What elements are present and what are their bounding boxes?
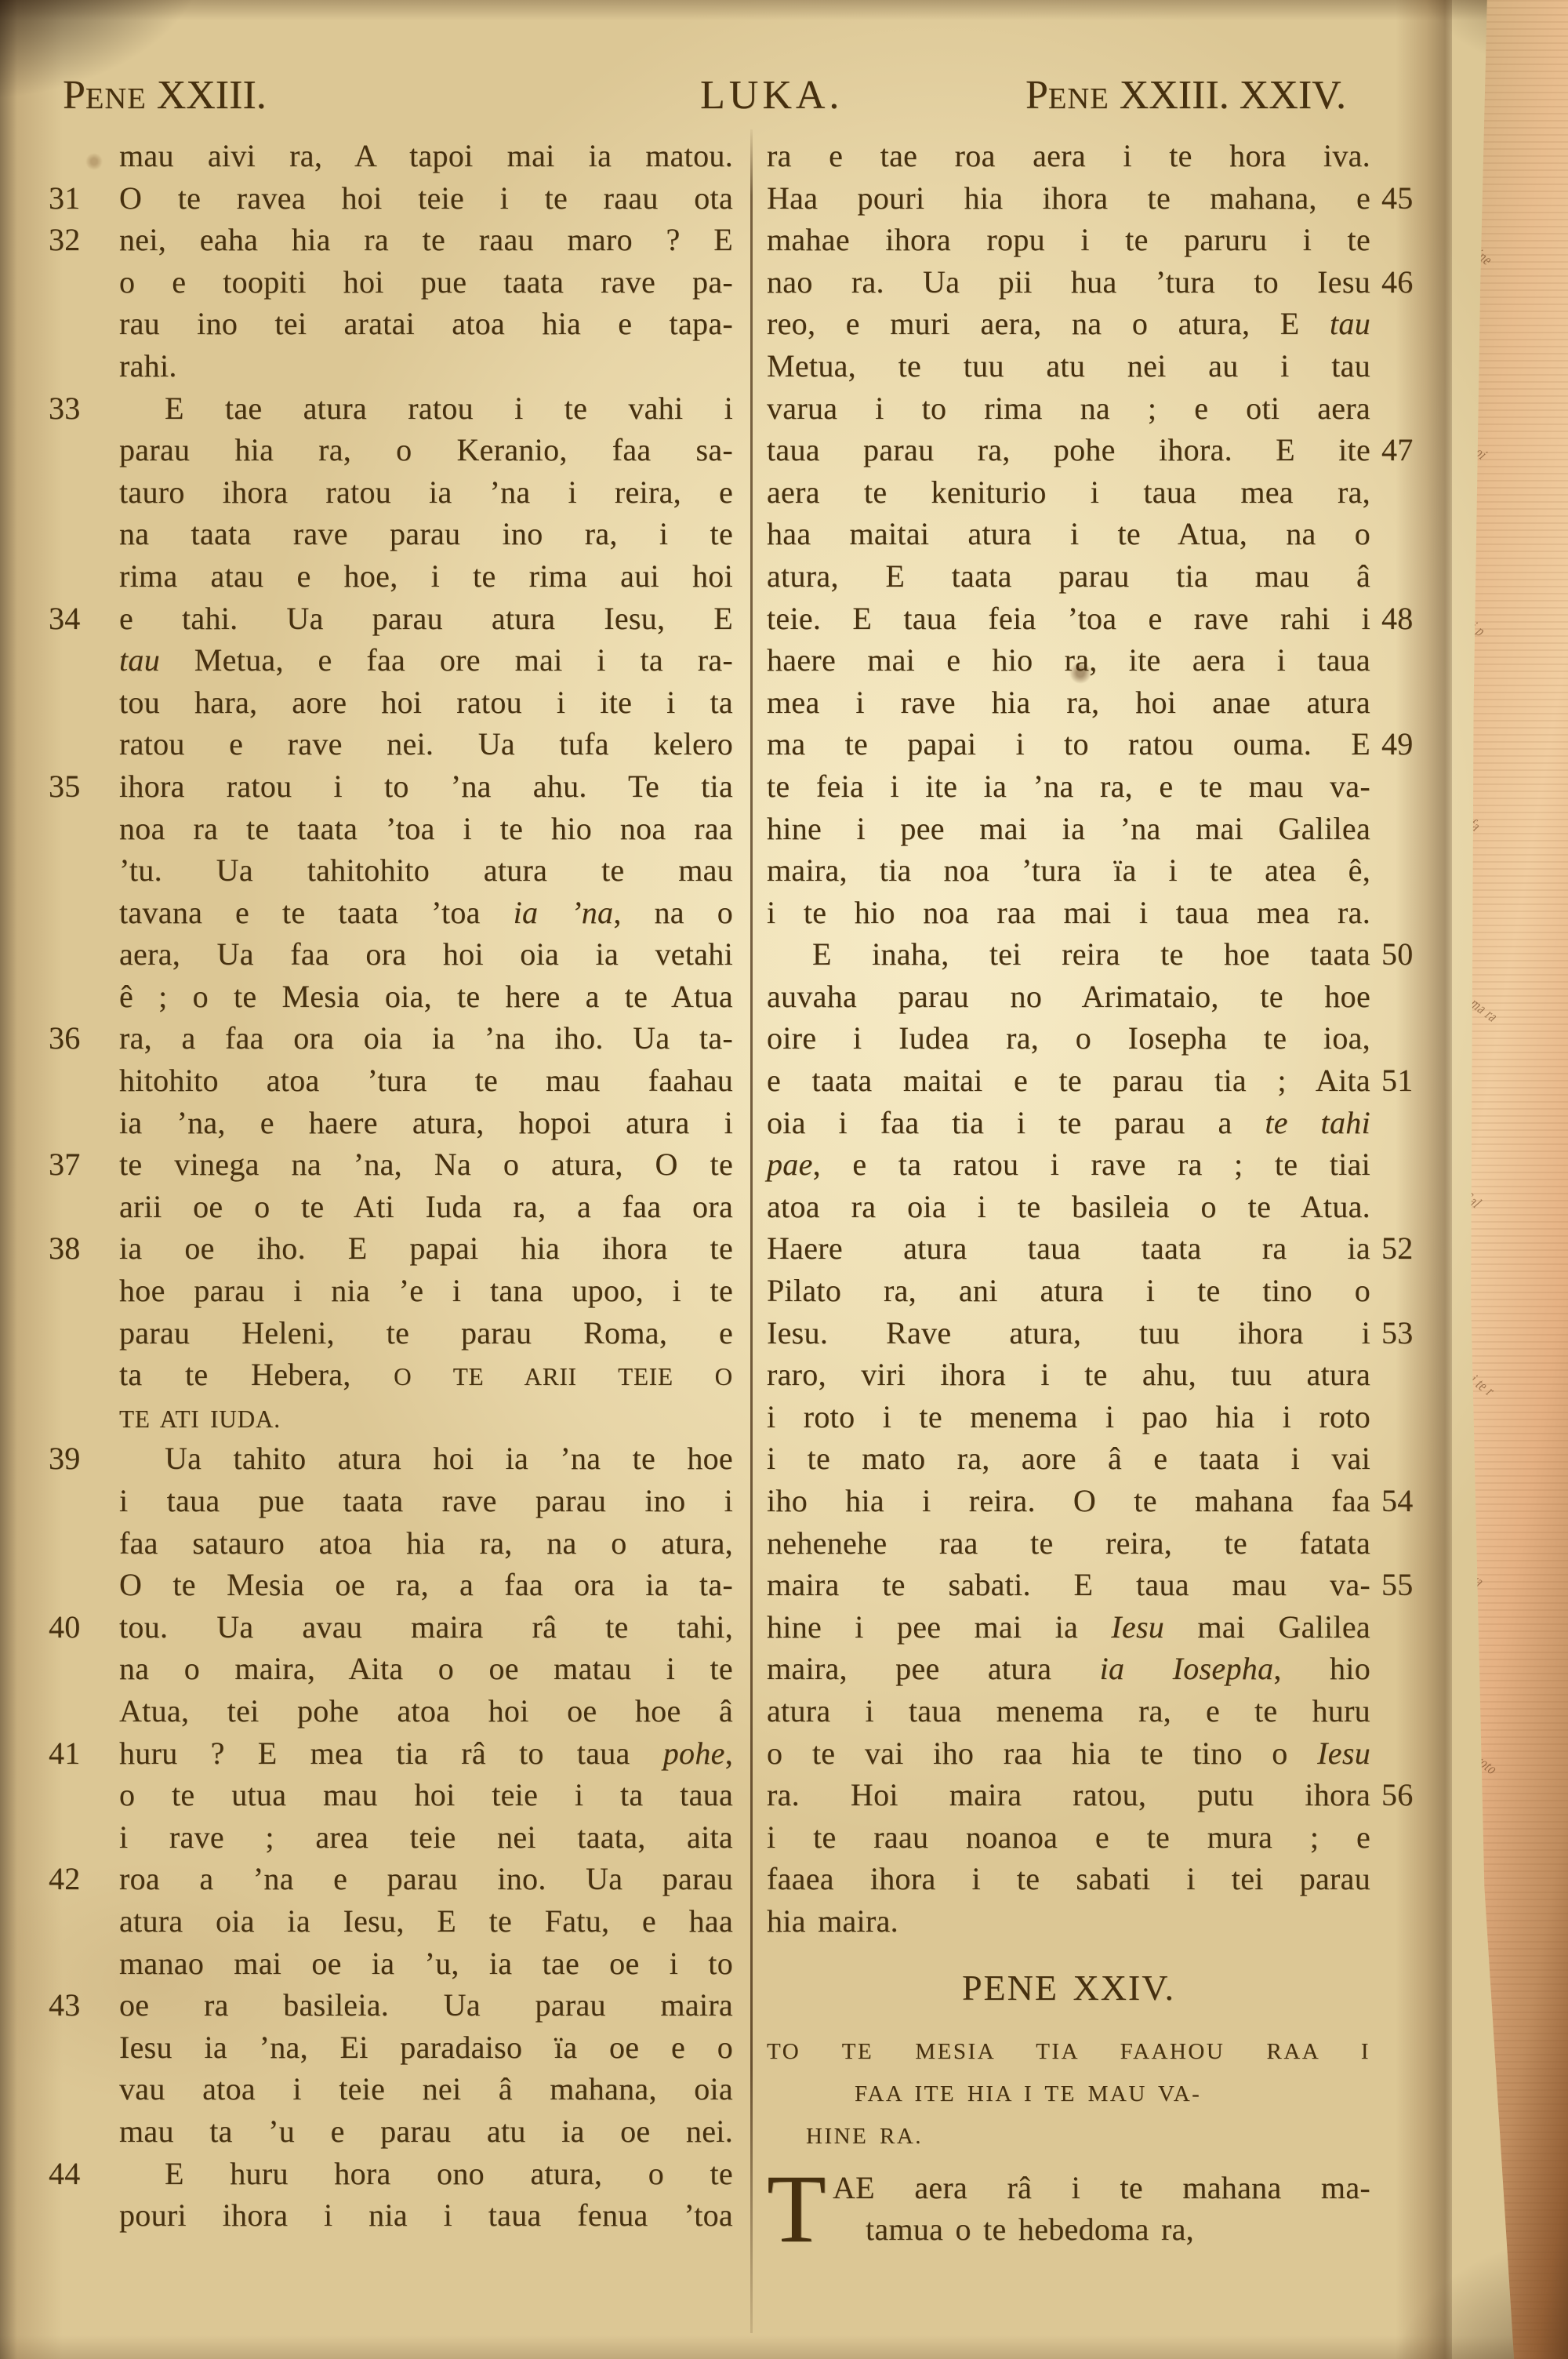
verse-line: ta te Hebera, O TE ARII TEIE O [119,1354,733,1396]
verse-line: vau atoa i teie nei â mahana, oia [119,2068,733,2110]
italic-text: tau [1330,306,1370,341]
adjacent-page-text-fragment: poipoi [1451,431,1492,463]
verse-line: tau Metua, e faa ore mai i ta ra- [119,639,733,682]
verse-line: atoa ra oia i te basileia o te Atua. [767,1186,1370,1228]
verse-line: 45Haa pouri hia ihora te mahana, e [767,177,1370,220]
verse-number: 31 [49,177,105,220]
verse-number: 34 [49,598,105,640]
verse-line: hine i pee mai ia ’na mai Galilea [767,808,1370,850]
verse-line: hine i pee mai ia Iesu mai Galilea [767,1606,1370,1648]
verse-line: manao mai oe ia ’u, ia tae oe i to [119,1943,733,1985]
verse-line: na o maira, Aita o oe matau i te [119,1648,733,1690]
italic-text: ia ’na [514,895,614,930]
verse-line: 32nei, eaha hia ra te raau maro ? E [119,219,733,261]
verse-number: 35 [49,765,105,808]
verse-line: i te hio noa raa mai i taua mea ra. [767,892,1370,934]
verse-line: Pilato ra, ani atura i te tino o [767,1270,1370,1312]
page-curl-shadow [1396,0,1452,2359]
verse-line: 42roa a ’na e parau ino. Ua parau [119,1858,733,1900]
running-head-chapter-left: PENE XXIII. [63,75,267,119]
verse-line: ra e tae roa aera i te hora iva. [767,135,1370,177]
italic-text: ia Iosepha [1100,1651,1274,1686]
verse-line: hoe parau i nia ’e i tana upoo, i te [119,1270,733,1312]
verse-line: Metua, te tuu atu nei au i tau [767,345,1370,387]
verse-line: 53Iesu. Rave atura, tuu ihora i [767,1312,1370,1354]
verse-line: 54iho hia i reira. O te mahana faa [767,1480,1370,1522]
verse-line: hia maira. [767,1900,1370,1943]
verse-line: atura, E taata parau tia mau â [767,555,1370,598]
adjacent-page-text-fragment: i te r [1465,1372,1499,1400]
adjacent-page-text-fragment: i Gal [1451,1184,1486,1212]
chapter-subtitle-line: HINE RA. [767,2115,1370,2157]
small-caps-text: O TE ARII TEIE O [394,1363,733,1390]
verse-line: o te utua mau hoi teie i ta taua [119,1774,733,1816]
verse-line: ’tu. Ua tahitohito atura te mau [119,849,733,892]
verse-line: i roto i te menema i pao hia i roto [767,1396,1370,1438]
chapter-subtitle-line: TO TE MESIA TIA FAAHOU RAA I [767,2030,1370,2073]
verse-line: aera te keniturio i taua mea ra, [767,471,1370,514]
verse-line: 51e taata maitai e te parau tia ; Aita [767,1060,1370,1102]
italic-text: tau [119,642,160,678]
verse-line: tavana e te taata ’toa ia ’na, na o [119,892,733,934]
small-caps-text: ENE [1048,82,1109,115]
italic-text: pae [767,1147,813,1182]
italic-text: Iesu [1111,1609,1164,1645]
adjacent-page-text-fragment: i roto [1465,1749,1502,1778]
verse-line: 40tou. Ua avau maira râ te tahi, [119,1606,733,1648]
verse-line: faa satauro atoa hia ra, na o atura, [119,1522,733,1565]
verse-line: 48teie. E taua feia ’toa e rave rahi i [767,598,1370,640]
verse-line: varua i to rima na ; e oti aera [767,387,1370,430]
verse-line: reo, e muri aera, na o atura, E tau [767,303,1370,345]
verse-line: 39Ua tahito atura hoi ia ’na te hoe [119,1438,733,1480]
verse-line: i taua pue taata rave parau ino i [119,1480,733,1522]
verse-line: ê ; o te Mesia oia, te here a te Atua [119,976,733,1018]
dropcap-lines: AE aera râ i te mahana ma-tamua o te heb… [767,2167,1370,2251]
verse-line: raro, viri ihora i te ahu, tuu atura [767,1354,1370,1396]
verse-line: rau ino tei aratai atoa hia e tapa- [119,303,733,345]
verse-line: 46nao ra. Ua pii hua ’tura to Iesu [767,261,1370,304]
italic-text: pohe [663,1736,725,1771]
verse-line: haere mai e hio ra, ite aera i taua [767,639,1370,682]
verse-line: rahi. [119,345,733,387]
adjacent-page-text-fragment: ma ra [1465,996,1503,1026]
verse-line: parau Heleni, te parau Roma, e [119,1312,733,1354]
verse-line: rima atau e hoe, i te rima aui hoi [119,555,733,598]
chapter-subtitle-line: FAA ITE HIA I TE MAU VA- [767,2073,1370,2115]
verse-line: maira, pee atura ia Iosepha, hio [767,1648,1370,1690]
verse-line: noa ra te taata ’toa i te hio noa raa [119,808,733,850]
verse-line: 52Haere atura taua taata ra ia [767,1227,1370,1270]
italic-text: te tahi [1265,1105,1370,1140]
verse-line: haa maitai atura i te Atua, na o [767,513,1370,555]
verse-number: 33 [49,387,105,430]
verse-line: hitohito atoa ’tura te mau faahau [119,1060,733,1102]
verse-number: 37 [49,1143,105,1186]
adjacent-page-text-fragment: maira [1451,1561,1489,1590]
verse-line: ia ’na, e haere atura, hopoi atura i [119,1102,733,1144]
chapter-heading: PENE XXIV. [767,1966,1370,2010]
verse-line: AE aera râ i te mahana ma- [833,2167,1370,2209]
verse-line: 49ma te papai i to ratou ouma. E [767,723,1370,765]
verse-line: i rave ; area teie nei taata, aita [119,1816,733,1859]
small-caps-text: ENE [85,82,147,115]
verse-line: tou hara, aore hoi ratou i ite i ta [119,682,733,724]
verse-line: ratou e rave nei. Ua tufa kelero [119,723,733,765]
verse-line: oire i Iudea ra, o Iosepha te ioa, [767,1017,1370,1060]
verse-line: 47taua parau ra, pohe ihora. E ite [767,429,1370,471]
next-page-fore-edge: aturahinepoipoii pus fama rai Gali te rm… [1433,0,1568,2359]
adjacent-page-text-fragment: hine [1465,243,1497,269]
verse-line: tamua o te hebedoma ra, [833,2208,1370,2251]
verse-line: o te vai iho raa hia te tino o Iesu [767,1732,1370,1775]
verse-line: 55maira te sabati. E taua mau va- [767,1564,1370,1606]
adjacent-page-text-fragment: ahu [1451,1937,1480,1961]
verse-line: faaea ihora i te sabati i tei parau [767,1858,1370,1900]
verse-line: mau ta ’u e parau atu ia oe nei. [119,2110,733,2153]
text-column-right: ra e tae roa aera i te hora iva.45Haa po… [767,135,1370,2251]
verse-line: i te raau noanoa e te mura ; e [767,1816,1370,1859]
verse-number: 40 [49,1606,105,1648]
verse-line: Iesu ia ’na, Ei paradaiso ïa oe e o [119,2026,733,2069]
verse-line: tauro ihora ratou ia ’na i reira, e [119,471,733,514]
verse-number: 42 [49,1858,105,1900]
verse-line: oia i faa tia i te parau a te tahi [767,1102,1370,1144]
verse-line: TE ATI IUDA. [119,1396,733,1438]
adjacent-page-text-fragment: o le [1465,2125,1495,2149]
verse-line: na taata rave parau ino ra, i te [119,513,733,555]
verse-line: 41huru ? E mea tia râ to taua pohe, [119,1732,733,1775]
verse-line: 43oe ra basileia. Ua parau maira [119,1984,733,2026]
verse-line: arii oe o te Ati Iuda ra, a faa ora [119,1186,733,1228]
verse-line: atura i taua menema ra, e te huru [767,1690,1370,1732]
verse-line: i te mato ra, aore â e taata i vai [767,1438,1370,1480]
verse-line: mahae ihora ropu i te paruru i te [767,219,1370,261]
verse-line: mau aivi ra, A tapoi mai ia matou. [119,135,733,177]
verse-line: atura oia ia Iesu, E te Fatu, e haa [119,1900,733,1943]
verse-line: 34e tahi. Ua parau atura Iesu, E [119,598,733,640]
verse-line: 36ra, a faa ora oia ia ’na iho. Ua ta- [119,1017,733,1060]
verse-line: maira, tia noa ’tura ïa i te atea ê, [767,849,1370,892]
verse-line: pae, e ta ratou i rave ra ; te tiai [767,1143,1370,1186]
verse-line: O te Mesia oe ra, a faa ora ia ta- [119,1564,733,1606]
drop-cap-letter: T [767,2172,826,2247]
adjacent-page-text-fragment: i p [1465,620,1490,640]
verse-line: 44E huru hora ono atura, o te [119,2153,733,2195]
small-caps-text: TE ATI IUDA. [119,1405,281,1433]
dropcap-paragraph: TAE aera râ i te mahana ma-tamua o te he… [767,2167,1370,2251]
running-head-chapter-right: PENE XXIII. XXIV. [1025,75,1346,119]
column-divider-rule [750,129,753,2333]
adjacent-page-text-fragment: us fa [1451,808,1486,835]
verse-number: 32 [49,219,105,261]
verse-number: 43 [49,1984,105,2026]
verse-line: pouri ihora i nia i taua fenua ’toa [119,2194,733,2237]
verse-number: 44 [49,2153,105,2195]
verse-line: 56ra. Hoi maira ratou, putu ihora [767,1774,1370,1816]
verse-line: te feia i ite ia ’na ra, e te mau va- [767,765,1370,808]
chapter-subtitle: TO TE MESIA TIA FAAHOU RAA IFAA ITE HIA … [767,2030,1370,2157]
italic-text: Iesu [1317,1736,1370,1771]
verse-line: o e toopiti hoi pue taata rave pa- [119,261,733,304]
verse-line: 38ia oe iho. E papai hia ihora te [119,1227,733,1270]
verse-number: 36 [49,1017,105,1060]
page-header: PENE XXIII. LUKA. PENE XXIII. XXIV. [0,75,1568,122]
verse-line: mea i rave hia ra, hoi anae atura [767,682,1370,724]
verse-line: 37te vinega na ’na, Na o atura, O te [119,1143,733,1186]
verse-line: 33E tae atura ratou i te vahi i [119,387,733,430]
verse-line: parau hia ra, o Keranio, faa sa- [119,429,733,471]
verse-number: 41 [49,1732,105,1775]
verse-line: auvaha parau no Arimataio, te hoe [767,976,1370,1018]
verse-number: 39 [49,1438,105,1480]
verse-line: aera, Ua faa ora hoi oia ia vetahi [119,933,733,976]
verse-line: 35ihora ratou i to ’na ahu. Te tia [119,765,733,808]
running-head-book-title: LUKA. [700,75,843,116]
verse-line: 31O te ravea hoi teie i te raau ota [119,177,733,220]
verse-line: Atua, tei pohe atoa hoi oe hoe â [119,1690,733,1732]
verse-line: 50E inaha, tei reira te hoe taata [767,933,1370,976]
text-column-left: mau aivi ra, A tapoi mai ia matou.31O te… [119,135,733,2237]
book-page: PENE XXIII. LUKA. PENE XXIII. XXIV. mau … [0,0,1568,2359]
verse-line: nehenehe raa te reira, te fatata [767,1522,1370,1565]
verse-number: 38 [49,1227,105,1270]
